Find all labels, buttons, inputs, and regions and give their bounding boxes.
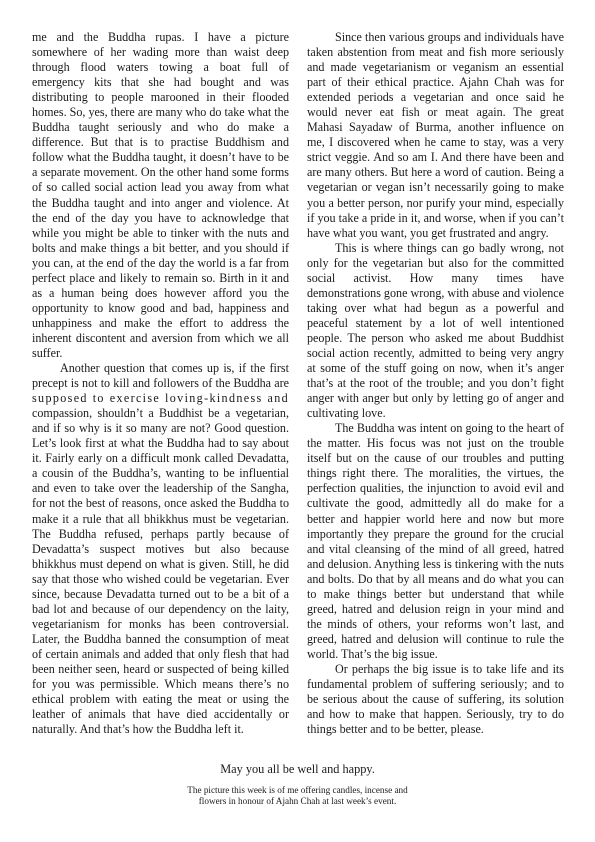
- document-page: me and the Buddha rupas. I have a pictur…: [0, 0, 595, 842]
- paragraph-continued: me and the Buddha rupas. I have a pictur…: [32, 30, 289, 361]
- photo-caption: The picture this week is of me offering …: [0, 785, 595, 807]
- paragraph-groups: Since then various groups and individual…: [307, 30, 564, 241]
- paragraph-big-issue: Or perhaps the big issue is to take life…: [307, 662, 564, 737]
- paragraph-text-spaced: supposed to exercise loving-kindness and: [32, 391, 289, 405]
- paragraph-text: Another question that comes up is, if th…: [32, 361, 289, 390]
- closing-blessing: May you all be well and happy.: [0, 762, 595, 777]
- paragraph-heart-of-matter: The Buddha was intent on going to the he…: [307, 421, 564, 662]
- right-column: Since then various groups and individual…: [307, 30, 564, 737]
- paragraph-text: compassion, shouldn’t a Buddhist be a ve…: [32, 406, 289, 736]
- paragraph-vegetarian-question: Another question that comes up is, if th…: [32, 361, 289, 737]
- paragraph-activism: This is where things can go badly wrong,…: [307, 241, 564, 422]
- left-column: me and the Buddha rupas. I have a pictur…: [32, 30, 289, 737]
- caption-line: flowers in honour of Ajahn Chah at last …: [0, 796, 595, 807]
- caption-line: The picture this week is of me offering …: [0, 785, 595, 796]
